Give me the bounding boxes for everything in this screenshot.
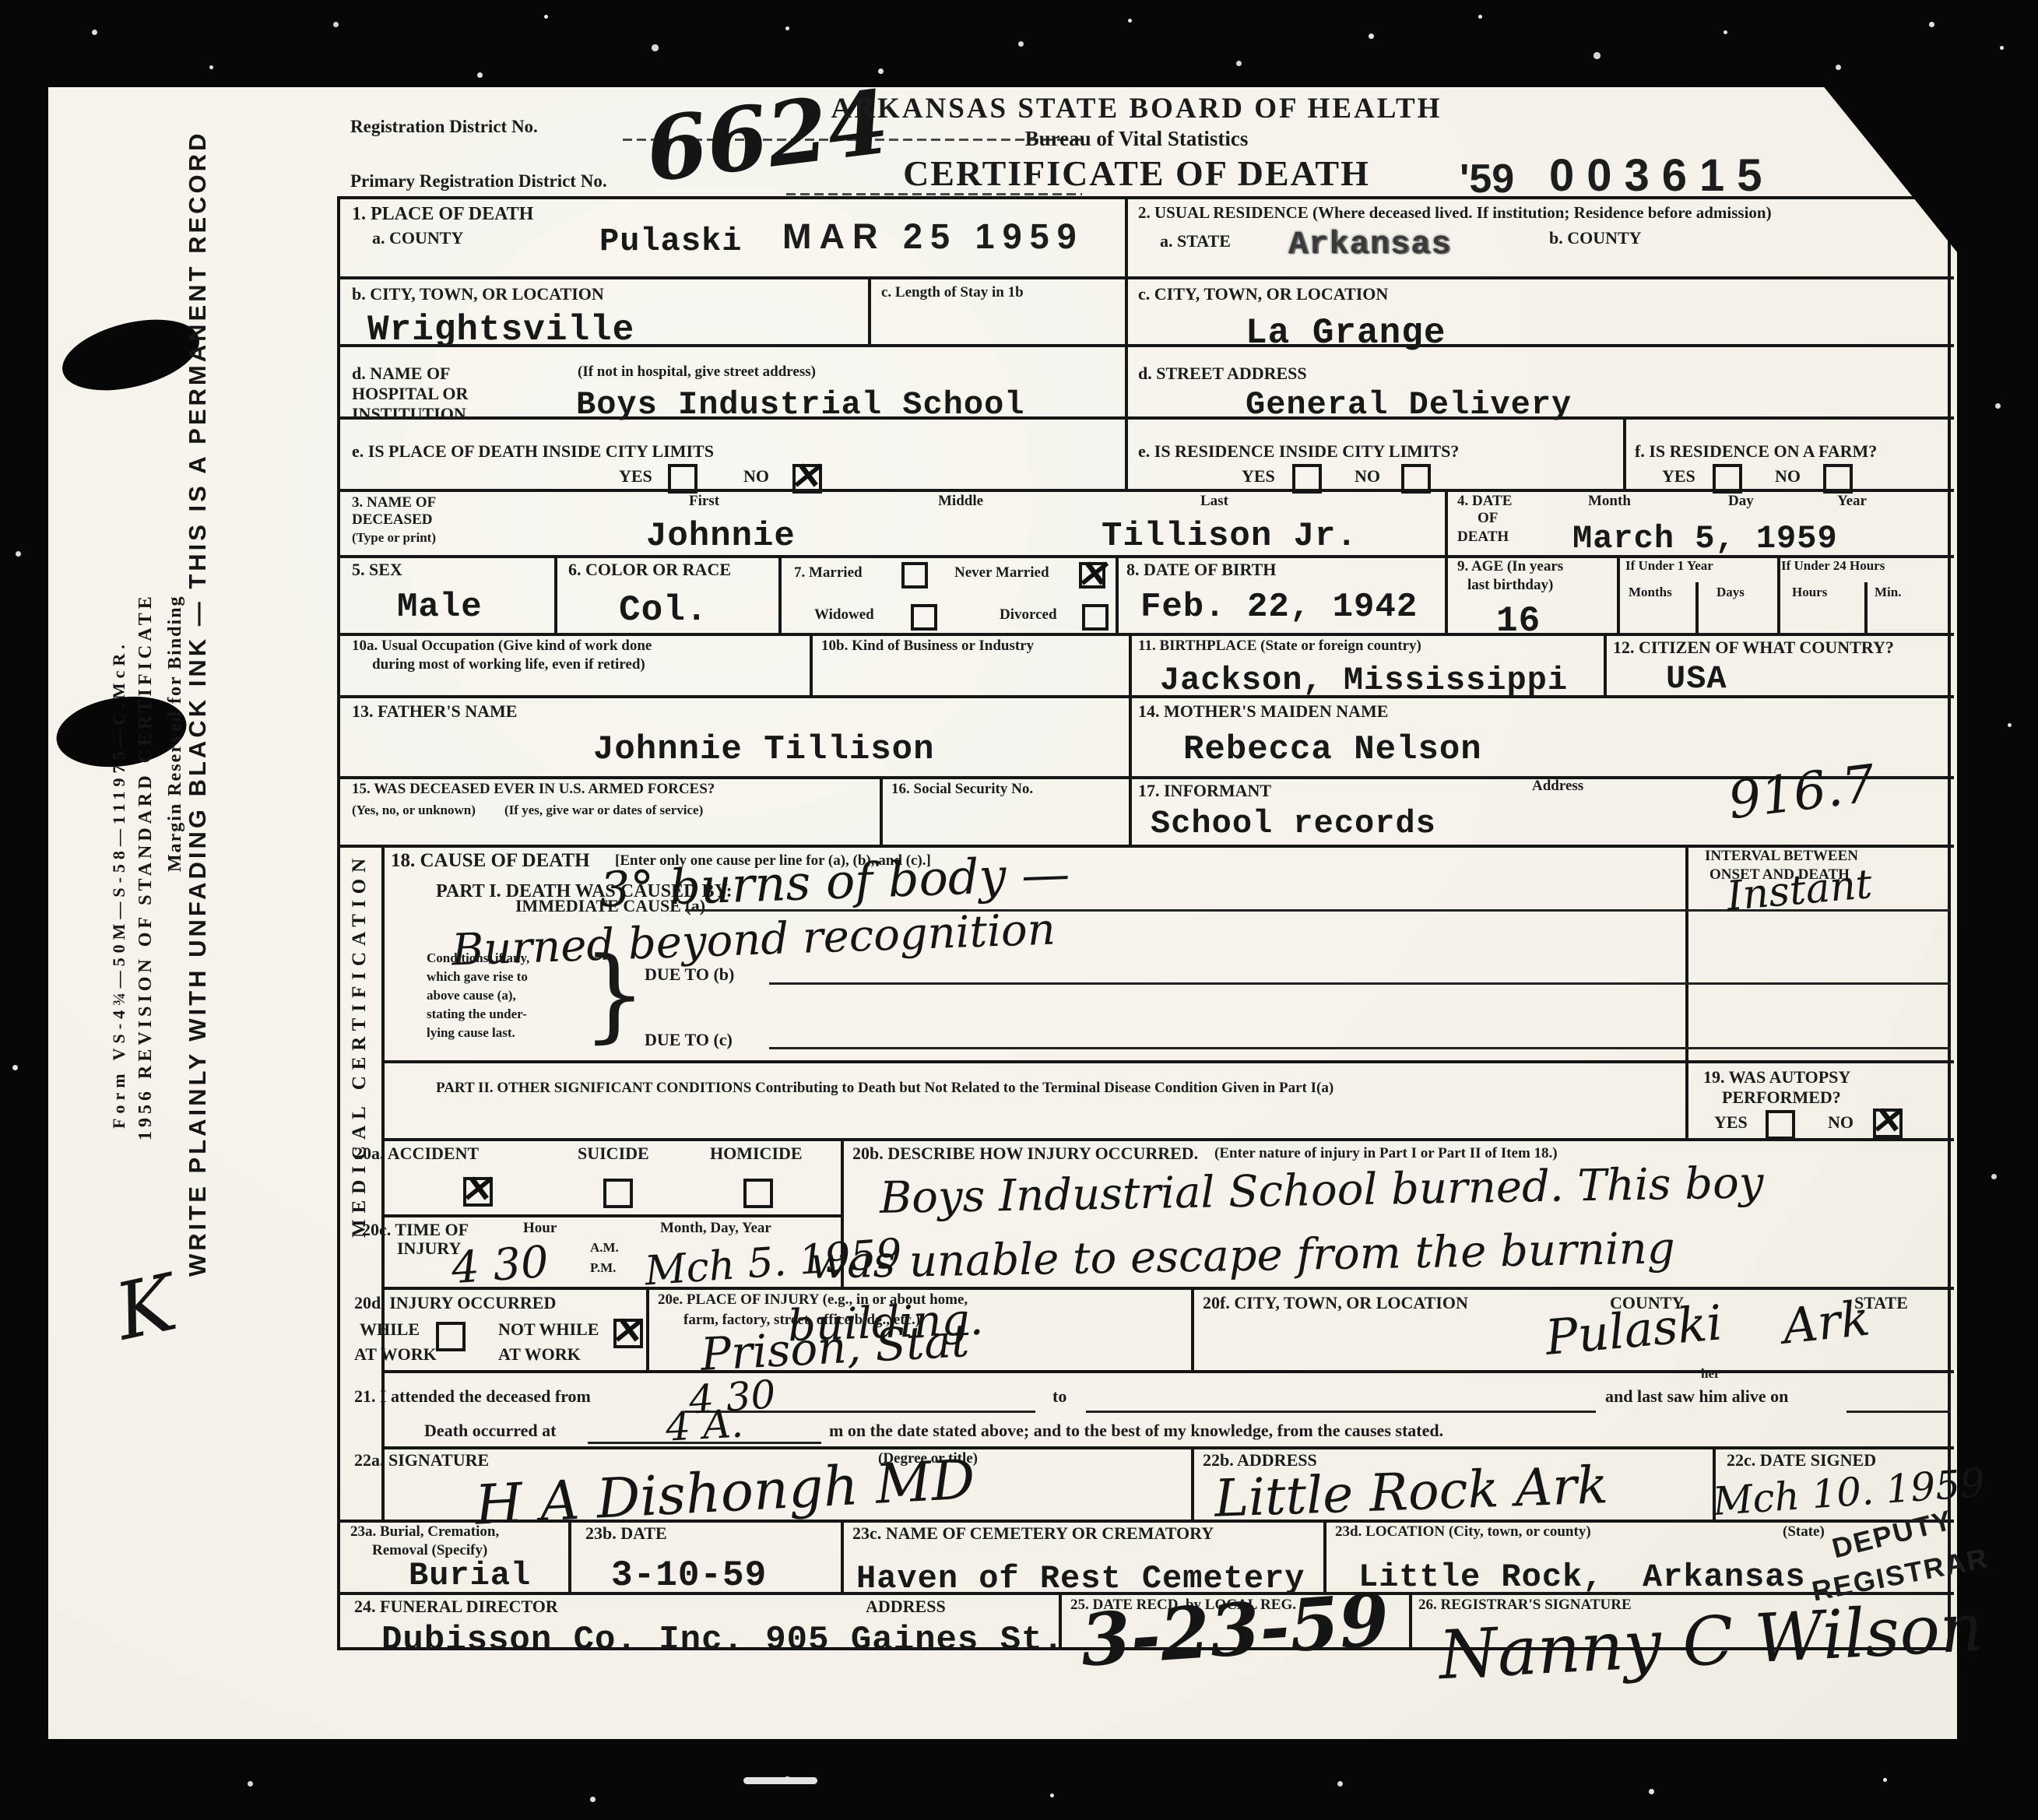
- autopsy-label-line1: 19. WAS AUTOPSY: [1703, 1068, 1850, 1087]
- widowed-label: Widowed: [814, 607, 874, 624]
- divider: [1695, 582, 1699, 633]
- injury-occurred-label: 20d. INJURY OCCURRED: [354, 1294, 556, 1312]
- days-label: Days: [1716, 585, 1745, 600]
- first-name-value: Johnnie: [646, 517, 796, 556]
- year-column-label: Year: [1837, 494, 1867, 510]
- hospital-value: Boys Industrial School: [576, 386, 1025, 423]
- armed-forces-hint1: (Yes, no, or unknown): [352, 803, 476, 818]
- month-column-label: Month: [1588, 494, 1631, 510]
- hours-label: Hours: [1792, 585, 1827, 600]
- age-value: 16: [1496, 601, 1541, 641]
- death-occurred-rest-label: m on the date stated above; and to the b…: [829, 1421, 1443, 1440]
- conditions-note-line3: above cause (a),: [427, 989, 516, 1003]
- divider: [381, 1138, 1954, 1141]
- margin-binding-note: Margin Reserved for Binding: [165, 595, 186, 872]
- interval-label-line1: INTERVAL BETWEEN: [1705, 849, 1858, 865]
- divider: [554, 555, 557, 633]
- homicide-label: HOMICIDE: [710, 1144, 803, 1163]
- injury-time-value: 4 30: [450, 1241, 550, 1291]
- hour-label: Hour: [523, 1221, 557, 1237]
- deceased-name-label-line2: DECEASED: [352, 512, 432, 529]
- cemetery-label: 23c. NAME OF CEMETERY OR CREMATORY: [852, 1524, 1214, 1543]
- father-name-label: 13. FATHER'S NAME: [352, 702, 517, 721]
- autopsy-no-label: NO: [1828, 1113, 1854, 1132]
- hospital-hint: (If not in hospital, give street address…: [578, 364, 816, 381]
- conditions-note-line4: stating the under-: [427, 1007, 527, 1022]
- divider: [778, 555, 782, 633]
- farm-yes-checkbox: [1713, 464, 1742, 494]
- scan-noise-streak: [743, 1777, 817, 1784]
- describe-injury-hint: (Enter nature of injury in Part I or Par…: [1214, 1146, 1558, 1162]
- place-of-death-title: 1. PLACE OF DEATH: [352, 204, 533, 224]
- divider: [1191, 1287, 1194, 1370]
- divider: [810, 633, 813, 695]
- physician-address-value: Little Rock Ark: [1214, 1460, 1609, 1525]
- funeral-director-value: Dubisson Co. Inc. 905 Gaines St.: [381, 1621, 1064, 1660]
- under-24-hours-label: If Under 24 Hours: [1781, 559, 1885, 574]
- deceased-name-label-line3: (Type or print): [352, 531, 436, 546]
- minutes-label: Min.: [1875, 585, 1901, 600]
- divider: [1685, 845, 1688, 1138]
- suicide-checkbox: [603, 1179, 633, 1208]
- informant-address-label: Address: [1532, 778, 1583, 795]
- place-of-injury-value: Prison, Stat: [700, 1318, 971, 1377]
- divider: [1864, 582, 1868, 633]
- certificate-year: '59: [1460, 156, 1514, 202]
- cause-line-b: [769, 982, 1951, 985]
- hospital-label-line1: d. NAME OF: [352, 364, 451, 383]
- street-address-value: General Delivery: [1246, 386, 1572, 423]
- checkbox-mark: ✕: [789, 455, 820, 498]
- residence-city-limits-label: e. IS RESIDENCE INSIDE CITY LIMITS?: [1138, 442, 1459, 461]
- pm-label: P.M.: [590, 1261, 616, 1276]
- attended-to-blank: [1086, 1411, 1596, 1413]
- months-label: Months: [1629, 585, 1672, 600]
- not-while-label: NOT WHILE: [498, 1320, 599, 1339]
- deceased-name-label-line1: 3. NAME OF: [352, 495, 436, 511]
- residence-city-value: La Grange: [1246, 313, 1446, 353]
- informant-label: 17. INFORMANT: [1138, 782, 1271, 800]
- margin-revision-note: 1956 REVISION OF STANDARD CERTIFICATE: [135, 592, 156, 1140]
- divider: [337, 633, 1954, 636]
- burial-location-city-value: Little Rock,: [1358, 1558, 1603, 1596]
- physician-signature-label: 22a. SIGNATURE: [354, 1451, 489, 1470]
- last-saw-alive-label: and last saw him alive on: [1605, 1387, 1788, 1406]
- burial-date-value: 3-10-59: [611, 1555, 767, 1596]
- burial-value: Burial: [409, 1557, 531, 1594]
- industry-label: 10b. Kind of Business or Industry: [821, 638, 1034, 655]
- time-of-injury-label-line1: 20c. TIME OF: [362, 1221, 469, 1239]
- residence-county-label: b. COUNTY: [1549, 229, 1642, 248]
- while-label: WHILE: [360, 1320, 420, 1339]
- place-city-label: b. CITY, TOWN, OR LOCATION: [352, 285, 604, 304]
- funeral-director-label: 24. FUNERAL DIRECTOR: [354, 1597, 558, 1616]
- accident-label: 20a. ACCIDENT: [354, 1144, 479, 1163]
- divider: [841, 1520, 844, 1592]
- occupation-label-line2: during most of working life, even if ret…: [372, 657, 645, 673]
- residence-limits-yes-checkbox: [1292, 464, 1322, 494]
- never-married-checkbox: ✕: [1079, 562, 1105, 589]
- scanned-death-certificate: Form VS-4¾—50M—S-58—111975—C.McR. 1956 R…: [0, 0, 2038, 1820]
- divider: [1125, 196, 1128, 489]
- not-while-at-work-checkbox: ✕: [613, 1319, 643, 1348]
- married-label: 7. Married: [794, 565, 863, 581]
- age-label-line1: 9. AGE (In years: [1457, 559, 1563, 575]
- last-name-column-label: Last: [1200, 494, 1228, 510]
- divorced-label: Divorced: [1000, 607, 1057, 624]
- never-married-label: Never Married: [954, 565, 1049, 581]
- cause-line-c: [769, 1047, 1951, 1049]
- am-label: A.M.: [590, 1241, 619, 1256]
- checkbox-mark: ✕: [610, 1309, 641, 1353]
- agency-title: ARKANSAS STATE BOARD OF HEALTH: [825, 93, 1448, 125]
- length-of-stay-label: c. Length of Stay in 1b: [881, 285, 1024, 301]
- describe-injury-label: 20b. DESCRIBE HOW INJURY OCCURRED.: [852, 1144, 1198, 1163]
- armed-forces-label: 15. WAS DECEASED EVER IN U.S. ARMED FORC…: [352, 782, 715, 798]
- sex-value: Male: [397, 588, 483, 627]
- place-limits-yes-checkbox: [668, 464, 697, 494]
- mother-name-label: 14. MOTHER'S MAIDEN NAME: [1138, 702, 1388, 721]
- divorced-checkbox: [1082, 604, 1109, 631]
- divider: [646, 1287, 649, 1370]
- residence-limits-no-checkbox: [1401, 464, 1431, 494]
- scan-noise: [0, 0, 2, 2]
- death-occurred-label: Death occurred at: [424, 1421, 556, 1440]
- burial-location-state-value: Arkansas: [1643, 1558, 1806, 1596]
- death-time-value: 4 A.: [665, 1404, 744, 1446]
- residence-limits-no-label: NO: [1355, 467, 1380, 486]
- suicide-label: SUICIDE: [578, 1144, 649, 1163]
- homicide-checkbox: [743, 1179, 773, 1208]
- burial-label-line1: 23a. Burial, Cremation,: [350, 1524, 499, 1541]
- divider: [1129, 776, 1132, 845]
- checkbox-mark: ✕: [1870, 1099, 1901, 1143]
- residence-state-label: a. STATE: [1160, 232, 1231, 251]
- place-county-value: Pulaski: [599, 223, 742, 260]
- farm-no-label: NO: [1775, 467, 1801, 486]
- checkbox-mark: ✕: [1076, 553, 1107, 596]
- place-county-label: a. COUNTY: [372, 229, 463, 248]
- due-to-b-label: DUE TO (b): [645, 965, 734, 984]
- place-of-injury-label-line1: 20e. PLACE OF INJURY (e.g., in or about …: [658, 1292, 968, 1309]
- autopsy-no-checkbox: ✕: [1873, 1109, 1903, 1138]
- autopsy-yes-label: YES: [1714, 1113, 1748, 1132]
- autopsy-yes-checkbox: [1766, 1110, 1795, 1140]
- received-date-stamp: MAR 25 1959: [782, 216, 1084, 257]
- interval-value: Instant: [1725, 864, 1874, 917]
- divider: [1191, 1446, 1194, 1520]
- divider: [1445, 489, 1448, 555]
- her-superscript-label: her: [1701, 1367, 1720, 1382]
- last-name-value: Tillison Jr.: [1102, 517, 1358, 556]
- divider: [381, 1060, 1954, 1063]
- usual-residence-title: 2. USUAL RESIDENCE (Where deceased lived…: [1138, 204, 1772, 222]
- divider: [1116, 555, 1119, 633]
- citizen-label: 12. CITIZEN OF WHAT COUNTRY?: [1613, 638, 1894, 657]
- birthplace-label: 11. BIRTHPLACE (State or foreign country…: [1138, 638, 1421, 655]
- divider: [381, 1446, 1954, 1449]
- under-one-year-label: If Under 1 Year: [1625, 559, 1713, 574]
- margin-form-code: Form VS-4¾—50M—S-58—111975—C.McR.: [109, 640, 129, 1129]
- conditions-brace: }: [582, 943, 647, 1045]
- burial-date-label: 23b. DATE: [585, 1524, 667, 1543]
- birthplace-value: Jackson, Mississippi: [1160, 662, 1568, 699]
- race-value: Col.: [619, 590, 708, 631]
- date-of-death-value: March 5, 1959: [1572, 520, 1838, 557]
- age-label-line2: last birthday): [1467, 578, 1553, 594]
- divider: [880, 776, 883, 845]
- mother-name-value: Rebecca Nelson: [1183, 730, 1482, 769]
- divider: [337, 776, 1954, 779]
- injury-county-value: Pulaski: [1544, 1298, 1724, 1362]
- medical-certification-strip-label: MEDICAL CERTIFICATION: [349, 852, 371, 1238]
- divider: [381, 1287, 1954, 1290]
- not-while-at-work-label: AT WORK: [498, 1345, 581, 1364]
- bureau-subtitle: Bureau of Vital Statistics: [825, 128, 1448, 151]
- conditions-note-line1: Conditions, if any,: [427, 951, 529, 966]
- funeral-director-address-label: ADDRESS: [866, 1597, 946, 1616]
- residence-city-label: c. CITY, TOWN, OR LOCATION: [1138, 285, 1388, 304]
- farm-yes-label: YES: [1662, 467, 1695, 486]
- conditions-note-line2: which gave rise to: [427, 970, 528, 985]
- sex-label: 5. SEX: [352, 560, 402, 579]
- registration-district-label: Registration District No.: [350, 117, 538, 136]
- divider: [868, 276, 871, 344]
- divider: [1129, 633, 1132, 695]
- primary-registration-label: Primary Registration District No.: [350, 171, 607, 191]
- divider: [1777, 555, 1780, 633]
- due-to-c-label: DUE TO (c): [645, 1031, 733, 1049]
- month-day-year-label: Month, Day, Year: [660, 1221, 771, 1237]
- divider: [337, 489, 1954, 492]
- divider: [1445, 555, 1448, 633]
- date-of-death-label-line2: OF: [1478, 511, 1498, 527]
- date-received-value: 3-23-59: [1078, 1583, 1391, 1676]
- attended-to-label: to: [1052, 1387, 1066, 1406]
- divider: [1604, 633, 1607, 695]
- place-limits-no-checkbox: ✕: [792, 464, 822, 494]
- widowed-checkbox: [911, 604, 937, 631]
- date-of-birth-value: Feb. 22, 1942: [1140, 588, 1418, 627]
- burial-location-label: 23d. LOCATION (City, town, or county): [1335, 1524, 1591, 1541]
- while-at-work-checkbox: [436, 1322, 466, 1351]
- citizen-value: USA: [1666, 660, 1727, 697]
- date-signed-label: 22c. DATE SIGNED: [1727, 1451, 1876, 1470]
- residence-state-value: Arkansas: [1288, 226, 1452, 263]
- injury-city-label: 20f. CITY, TOWN, OR LOCATION: [1203, 1294, 1468, 1312]
- checkbox-mark: ✕: [460, 1168, 491, 1211]
- divider: [1409, 1592, 1412, 1650]
- conditions-note-line5: lying cause last.: [427, 1026, 515, 1041]
- place-limits-yes-label: YES: [619, 467, 652, 486]
- while-at-work-label: AT WORK: [354, 1345, 437, 1364]
- occupation-label-line1: 10a. Usual Occupation (Give kind of work…: [352, 638, 652, 655]
- injury-state-value: Ark: [1780, 1294, 1872, 1351]
- place-city-limits-label: e. IS PLACE OF DEATH INSIDE CITY LIMITS: [352, 442, 714, 461]
- armed-forces-hint2: (If yes, give war or dates of service): [504, 803, 703, 818]
- autopsy-label-line2: PERFORMED?: [1722, 1088, 1841, 1107]
- hospital-label-line3: INSTITUTION: [352, 405, 466, 423]
- certificate-number: 003615: [1549, 149, 1775, 202]
- burial-location-state-label: (State): [1783, 1524, 1825, 1541]
- divider: [1129, 695, 1132, 776]
- certificate-title: CERTIFICATE OF DEATH: [825, 154, 1448, 194]
- cause-of-death-label: 18. CAUSE OF DEATH: [391, 850, 590, 872]
- ssn-label: 16. Social Security No.: [891, 782, 1033, 798]
- informant-value: School records: [1151, 805, 1436, 842]
- married-checkbox: [901, 562, 928, 589]
- part2-label: PART II. OTHER SIGNIFICANT CONDITIONS Co…: [436, 1080, 1333, 1097]
- date-of-birth-label: 8. DATE OF BIRTH: [1126, 560, 1276, 579]
- date-of-death-label-line1: 4. DATE: [1457, 494, 1512, 510]
- saw-alive-blank: [1846, 1411, 1951, 1413]
- divider: [381, 1214, 841, 1217]
- date-of-death-label-line3: DEATH: [1457, 529, 1509, 546]
- residence-limits-yes-label: YES: [1242, 467, 1275, 486]
- margin-permanent-record-note: WRITE PLAINLY WITH UNFADING BLACK INK — …: [184, 131, 212, 1277]
- divider: [1617, 555, 1620, 633]
- first-name-column-label: First: [689, 494, 719, 510]
- divider: [1623, 416, 1626, 489]
- street-address-label: d. STREET ADDRESS: [1138, 364, 1307, 383]
- attended-label: 21. I attended the deceased from: [354, 1387, 591, 1406]
- hospital-label-line2: HOSPITAL OR: [352, 385, 468, 403]
- race-label: 6. COLOR OR RACE: [568, 560, 731, 579]
- father-name-value: Johnnie Tillison: [593, 730, 934, 769]
- place-limits-no-label: NO: [743, 467, 769, 486]
- day-column-label: Day: [1728, 494, 1754, 510]
- middle-name-column-label: Middle: [938, 494, 983, 510]
- residence-farm-label: f. IS RESIDENCE ON A FARM?: [1635, 442, 1877, 461]
- medical-strip-border: [381, 845, 385, 1520]
- divider: [337, 276, 1954, 279]
- accident-checkbox: ✕: [463, 1177, 493, 1207]
- place-city-value: Wrightsville: [367, 310, 634, 350]
- farm-no-checkbox: [1823, 464, 1853, 494]
